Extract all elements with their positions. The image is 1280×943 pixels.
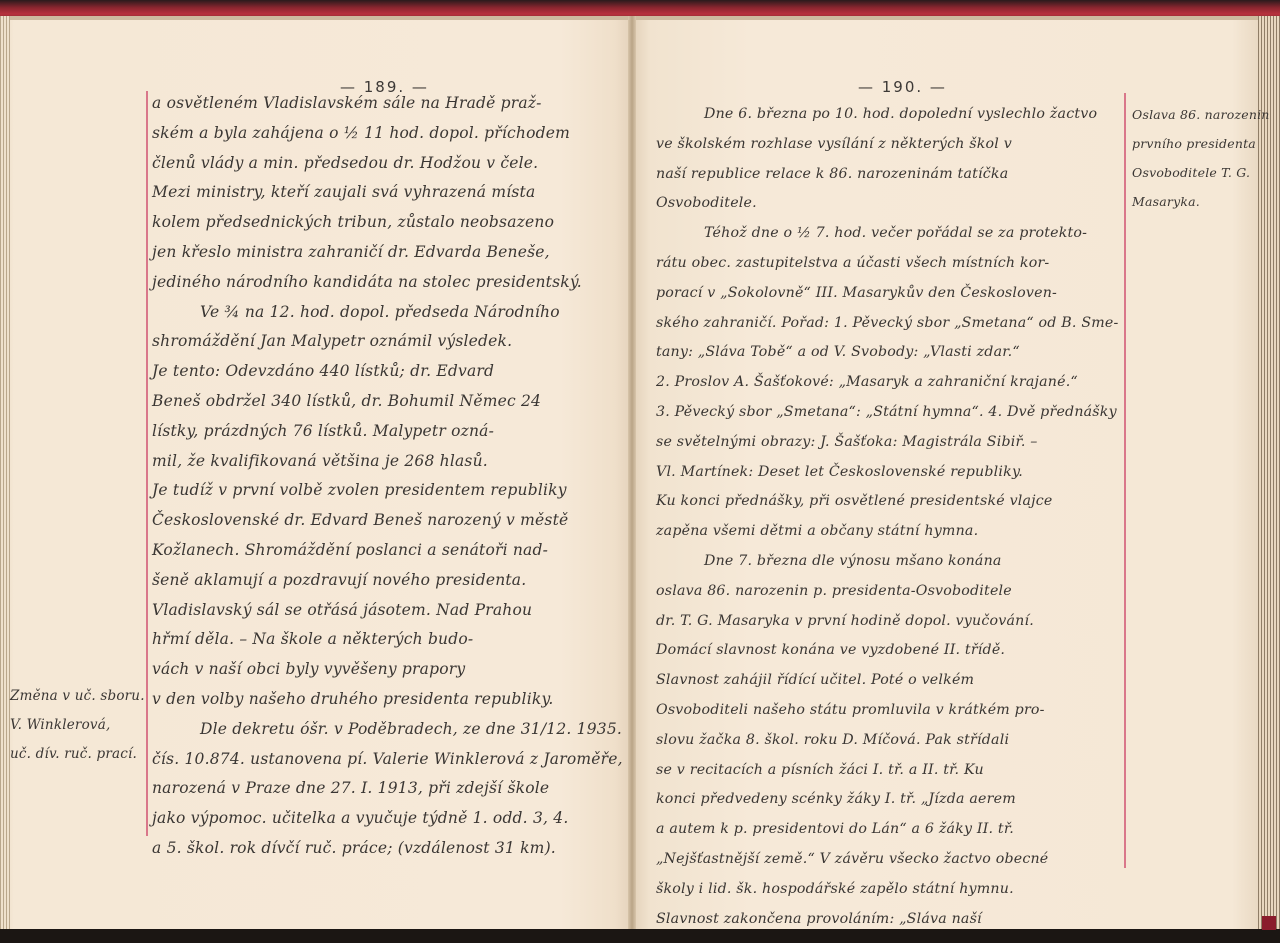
- text-line: jediného národního kandidáta na stolec p…: [152, 268, 622, 298]
- text-line: mil, že kvalifikovaná většina je 268 hla…: [152, 447, 622, 477]
- text-line: Vl. Martínek: Deset let Československé r…: [656, 458, 1124, 488]
- text-line: tany: „Sláva Tobě“ a od V. Svobody: „Vla…: [656, 338, 1124, 368]
- text-line: naší republice relace k 86. narozeninám …: [656, 160, 1124, 190]
- text-line: Slavnost zakončena provoláním: „Sláva na…: [656, 905, 1124, 935]
- text-line: kolem předsednických tribun, zůstalo neo…: [152, 208, 622, 238]
- margin-note-line: Změna v uč. sboru.: [10, 682, 145, 711]
- text-line: a osvětleném Vladislavském sále na Hradě…: [152, 89, 622, 119]
- text-line: shromáždění Jan Malypetr oznámil výslede…: [152, 327, 622, 357]
- text-line: 3. Pěvecký sbor „Smetana“: „Státní hymna…: [656, 398, 1124, 428]
- margin-note-line: prvního presidenta: [1132, 129, 1270, 158]
- text-line: slovu žačka 8. škol. roku D. Míčová. Pak…: [656, 726, 1124, 756]
- text-line: Domácí slavnost konána ve vyzdobené II. …: [656, 636, 1124, 666]
- margin-note-line: V. Winklerová,: [10, 711, 145, 740]
- text-line: čís. 10.874. ustanovena pí. Valerie Wink…: [152, 745, 622, 775]
- paragraph-start-line: Téhož dne o ½ 7. hod. večer pořádal se z…: [656, 219, 1124, 249]
- margin-note-line: Osvoboditele T. G.: [1132, 158, 1270, 187]
- text-line: ském a byla zahájena o ½ 11 hod. dopol. …: [152, 119, 622, 149]
- text-line: v den volby našeho druhého presidenta re…: [152, 685, 622, 715]
- bookmark-ribbon: [1262, 916, 1276, 930]
- text-line: dr. T. G. Masaryka v první hodině dopol.…: [656, 607, 1124, 637]
- text-line: Je tento: Odevzdáno 440 lístků; dr. Edva…: [152, 357, 622, 387]
- text-line: zapěna všemi dětmi a občany státní hymna…: [656, 517, 1124, 547]
- text-line: konci předvedeny scénky žáky I. tř. „Jíz…: [656, 785, 1124, 815]
- right-margin-note: Oslava 86. narozenin prvního presidenta …: [1132, 100, 1270, 216]
- text-line: jako výpomoc. učitelka a vyučuje týdně 1…: [152, 804, 622, 834]
- text-line: členů vlády a min. předsedou dr. Hodžou …: [152, 149, 622, 179]
- paragraph-start-line: Ve ¾ na 12. hod. dopol. předseda Národní…: [152, 298, 622, 328]
- text-line: Osvoboditeli našeho státu promluvila v k…: [656, 696, 1124, 726]
- text-line: oslava 86. narozenin p. presidenta-Osvob…: [656, 577, 1124, 607]
- text-line: Osvoboditele.: [656, 189, 1124, 219]
- text-line: školy i lid. šk. hospodářské zapělo stát…: [656, 875, 1124, 905]
- paragraph-start-line: Dne 6. března po 10. hod. dopolední vysl…: [656, 100, 1124, 130]
- text-line: šeně aklamují a pozdravují nového presid…: [152, 566, 622, 596]
- text-line: ského zahraničí. Pořad: 1. Pěvecký sbor …: [656, 309, 1124, 339]
- right-page-text: Dne 6. března po 10. hod. dopolední vysl…: [656, 100, 1124, 934]
- page-edges-left: [0, 16, 10, 930]
- margin-note-line: Masaryka.: [1132, 187, 1270, 216]
- text-line: se v recitacích a písních žáci I. tř. a …: [656, 756, 1124, 786]
- text-line: vách v naší obci byly vyvěšeny prapory: [152, 655, 622, 685]
- text-line: Je tudíž v první volbě zvolen presidente…: [152, 476, 622, 506]
- right-margin-rule: [1124, 93, 1126, 868]
- paragraph-start-line: Dne 7. března dle výnosu mšano konána: [656, 547, 1124, 577]
- text-line: hřmí děla. – Na škole a některých budo-: [152, 625, 622, 655]
- text-line: narozená v Praze dne 27. I. 1913, při zd…: [152, 774, 622, 804]
- book-gutter: [628, 16, 636, 930]
- text-line: rátu obec. zastupitelstva a účasti všech…: [656, 249, 1124, 279]
- margin-note-line: uč. dív. ruč. prací.: [10, 740, 145, 769]
- text-line: lístky, prázdných 76 lístků. Malypetr oz…: [152, 417, 622, 447]
- text-line: Slavnost zahájil řídící učitel. Poté o v…: [656, 666, 1124, 696]
- text-line: Mezi ministry, kteří zaujali svá vyhraze…: [152, 178, 622, 208]
- text-line: Československé dr. Edvard Beneš narozený…: [152, 506, 622, 536]
- page-number-right: — 190. —: [858, 78, 947, 96]
- text-line: Vladislavský sál se otřásá jásotem. Nad …: [152, 596, 622, 626]
- text-line: Ku konci přednášky, při osvětlené presid…: [656, 487, 1124, 517]
- text-line: „Nejšťastnější země.“ V závěru všecko ža…: [656, 845, 1124, 875]
- text-line: porací v „Sokolovně“ III. Masarykův den …: [656, 279, 1124, 309]
- text-line: jen křeslo ministra zahraničí dr. Edvard…: [152, 238, 622, 268]
- text-line: Beneš obdržel 340 lístků, dr. Bohumil Ně…: [152, 387, 622, 417]
- margin-note-line: Oslava 86. narozenin: [1132, 100, 1270, 129]
- text-line: Kožlanech. Shromáždění poslanci a senáto…: [152, 536, 622, 566]
- text-line: a 5. škol. rok dívčí ruč. práce; (vzdále…: [152, 834, 622, 864]
- page-top-edge: [0, 16, 1280, 20]
- text-line: ve školském rozhlase vysílání z některýc…: [656, 130, 1124, 160]
- paragraph-start-line: Dle dekretu óšr. v Poděbradech, ze dne 3…: [152, 715, 622, 745]
- text-line: 2. Proslov A. Šašťokové: „Masaryk a zahr…: [656, 368, 1124, 398]
- left-margin-note: Změna v uč. sboru. V. Winklerová, uč. dí…: [10, 682, 145, 769]
- text-line: a autem k p. presidentovi do Lán“ a 6 žá…: [656, 815, 1124, 845]
- left-margin-rule: [146, 91, 148, 836]
- text-line: se světelnými obrazy: J. Šašťoka: Magist…: [656, 428, 1124, 458]
- left-page-text: a osvětleném Vladislavském sále na Hradě…: [152, 89, 622, 864]
